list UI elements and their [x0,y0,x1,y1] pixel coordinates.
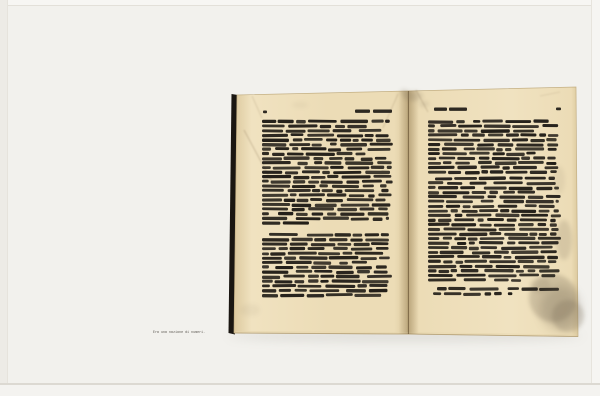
framed-artwork-photo: Era una nazione di numeri. [0,0,600,396]
page-stain [400,89,408,95]
page-stain [556,220,572,260]
page-stain [292,102,308,108]
page-stain [240,304,260,316]
page-stain [419,101,429,107]
redacted-book-artwork [0,0,600,396]
page-stain [553,166,565,194]
caption-text: Era una nazione di numeri. [153,330,209,334]
caption: Era una nazione di numeri. [153,330,209,334]
